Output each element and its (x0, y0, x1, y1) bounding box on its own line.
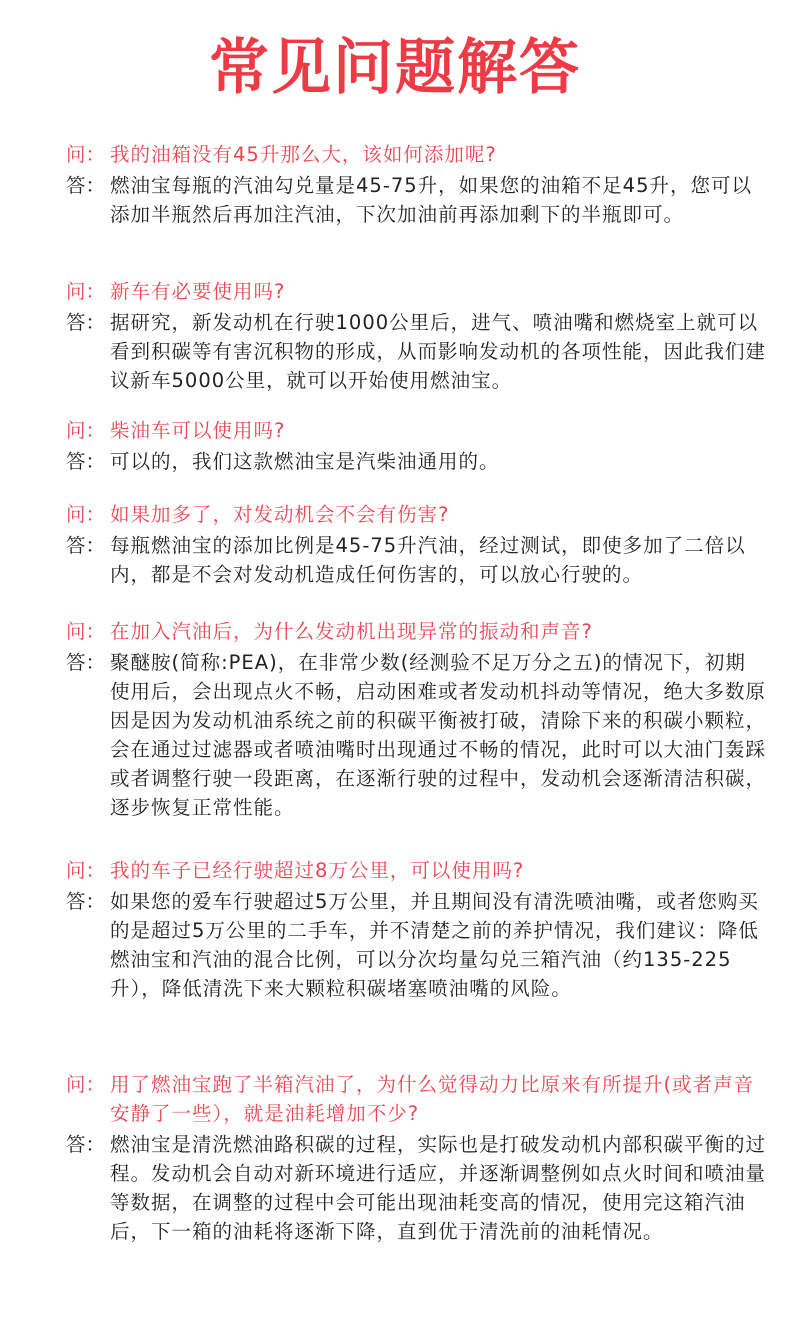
answer-label: 答： (66, 648, 110, 677)
question-label: 问： (66, 1070, 110, 1099)
faq-question: 问： 在加入汽油后，为什么发动机出现异常的振动和声音? (66, 617, 766, 646)
answer-text: 据研究，新发动机在行驶1000公里后，进气、喷油嘴和燃烧室上就可以看到积碳等有害… (110, 308, 766, 395)
page-title: 常见问题解答 (0, 30, 790, 106)
question-text: 如果加多了，对发动机会不会有伤害? (110, 500, 766, 529)
question-text: 在加入汽油后，为什么发动机出现异常的振动和声音? (110, 617, 766, 646)
question-text: 柴油车可以使用吗? (110, 416, 766, 445)
faq-answer: 答： 如果您的爱车行驶超过5万公里，并且期间没有清洗喷油嘴，或者您购买的是超过5… (66, 887, 766, 1003)
faq-item: 问： 我的车子已经行驶超过8万公里，可以使用吗? 答： 如果您的爱车行驶超过5万… (66, 856, 766, 1003)
answer-label: 答： (66, 887, 110, 916)
faq-question: 问： 柴油车可以使用吗? (66, 416, 766, 445)
faq-question: 问： 我的油箱没有45升那么大，该如何添加呢? (66, 140, 766, 169)
answer-text: 可以的，我们这款燃油宝是汽柴油通用的。 (110, 447, 766, 476)
faq-item: 问： 新车有必要使用吗? 答： 据研究，新发动机在行驶1000公里后，进气、喷油… (66, 277, 766, 395)
question-label: 问： (66, 617, 110, 646)
question-label: 问： (66, 416, 110, 445)
answer-label: 答： (66, 171, 110, 200)
faq-answer: 答： 可以的，我们这款燃油宝是汽柴油通用的。 (66, 447, 766, 476)
question-label: 问： (66, 856, 110, 885)
question-text: 我的车子已经行驶超过8万公里，可以使用吗? (110, 856, 766, 885)
faq-question: 问： 我的车子已经行驶超过8万公里，可以使用吗? (66, 856, 766, 885)
question-text: 我的油箱没有45升那么大，该如何添加呢? (110, 140, 766, 169)
faq-question: 问： 用了燃油宝跑了半箱汽油了，为什么觉得动力比原来有所提升(或者声音安静了一些… (66, 1070, 766, 1128)
answer-label: 答： (66, 531, 110, 560)
answer-label: 答： (66, 308, 110, 337)
faq-item: 问： 用了燃油宝跑了半箱汽油了，为什么觉得动力比原来有所提升(或者声音安静了一些… (66, 1070, 766, 1246)
question-label: 问： (66, 500, 110, 529)
faq-question: 问： 新车有必要使用吗? (66, 277, 766, 306)
faq-answer: 答： 每瓶燃油宝的添加比例是45-75升汽油，经过测试，即使多加了二倍以内，都是… (66, 531, 766, 589)
answer-text: 聚醚胺(简称:PEA)，在非常少数(经测验不足万分之五)的情况下，初期使用后，会… (110, 648, 766, 822)
faq-item: 问： 我的油箱没有45升那么大，该如何添加呢? 答： 燃油宝每瓶的汽油勾兑量是4… (66, 140, 766, 229)
faq-item: 问： 在加入汽油后，为什么发动机出现异常的振动和声音? 答： 聚醚胺(简称:PE… (66, 617, 766, 822)
answer-text: 每瓶燃油宝的添加比例是45-75升汽油，经过测试，即使多加了二倍以内，都是不会对… (110, 531, 766, 589)
question-label: 问： (66, 140, 110, 169)
answer-label: 答： (66, 1130, 110, 1159)
question-text: 新车有必要使用吗? (110, 277, 766, 306)
answer-text: 燃油宝是清洗燃油路积碳的过程，实际也是打破发动机内部积碳平衡的过程。发动机会自动… (110, 1130, 766, 1246)
question-text: 用了燃油宝跑了半箱汽油了，为什么觉得动力比原来有所提升(或者声音安静了一些），就… (110, 1070, 766, 1128)
faq-question: 问： 如果加多了，对发动机会不会有伤害? (66, 500, 766, 529)
faq-answer: 答： 聚醚胺(简称:PEA)，在非常少数(经测验不足万分之五)的情况下，初期使用… (66, 648, 766, 822)
answer-label: 答： (66, 447, 110, 476)
answer-text: 如果您的爱车行驶超过5万公里，并且期间没有清洗喷油嘴，或者您购买的是超过5万公里… (110, 887, 766, 1003)
faq-item: 问： 柴油车可以使用吗? 答： 可以的，我们这款燃油宝是汽柴油通用的。 (66, 416, 766, 476)
faq-answer: 答： 燃油宝是清洗燃油路积碳的过程，实际也是打破发动机内部积碳平衡的过程。发动机… (66, 1130, 766, 1246)
faq-answer: 答： 据研究，新发动机在行驶1000公里后，进气、喷油嘴和燃烧室上就可以看到积碳… (66, 308, 766, 395)
faq-answer: 答： 燃油宝每瓶的汽油勾兑量是45-75升，如果您的油箱不足45升，您可以添加半… (66, 171, 766, 229)
answer-text: 燃油宝每瓶的汽油勾兑量是45-75升，如果您的油箱不足45升，您可以添加半瓶然后… (110, 171, 766, 229)
faq-item: 问： 如果加多了，对发动机会不会有伤害? 答： 每瓶燃油宝的添加比例是45-75… (66, 500, 766, 589)
question-label: 问： (66, 277, 110, 306)
